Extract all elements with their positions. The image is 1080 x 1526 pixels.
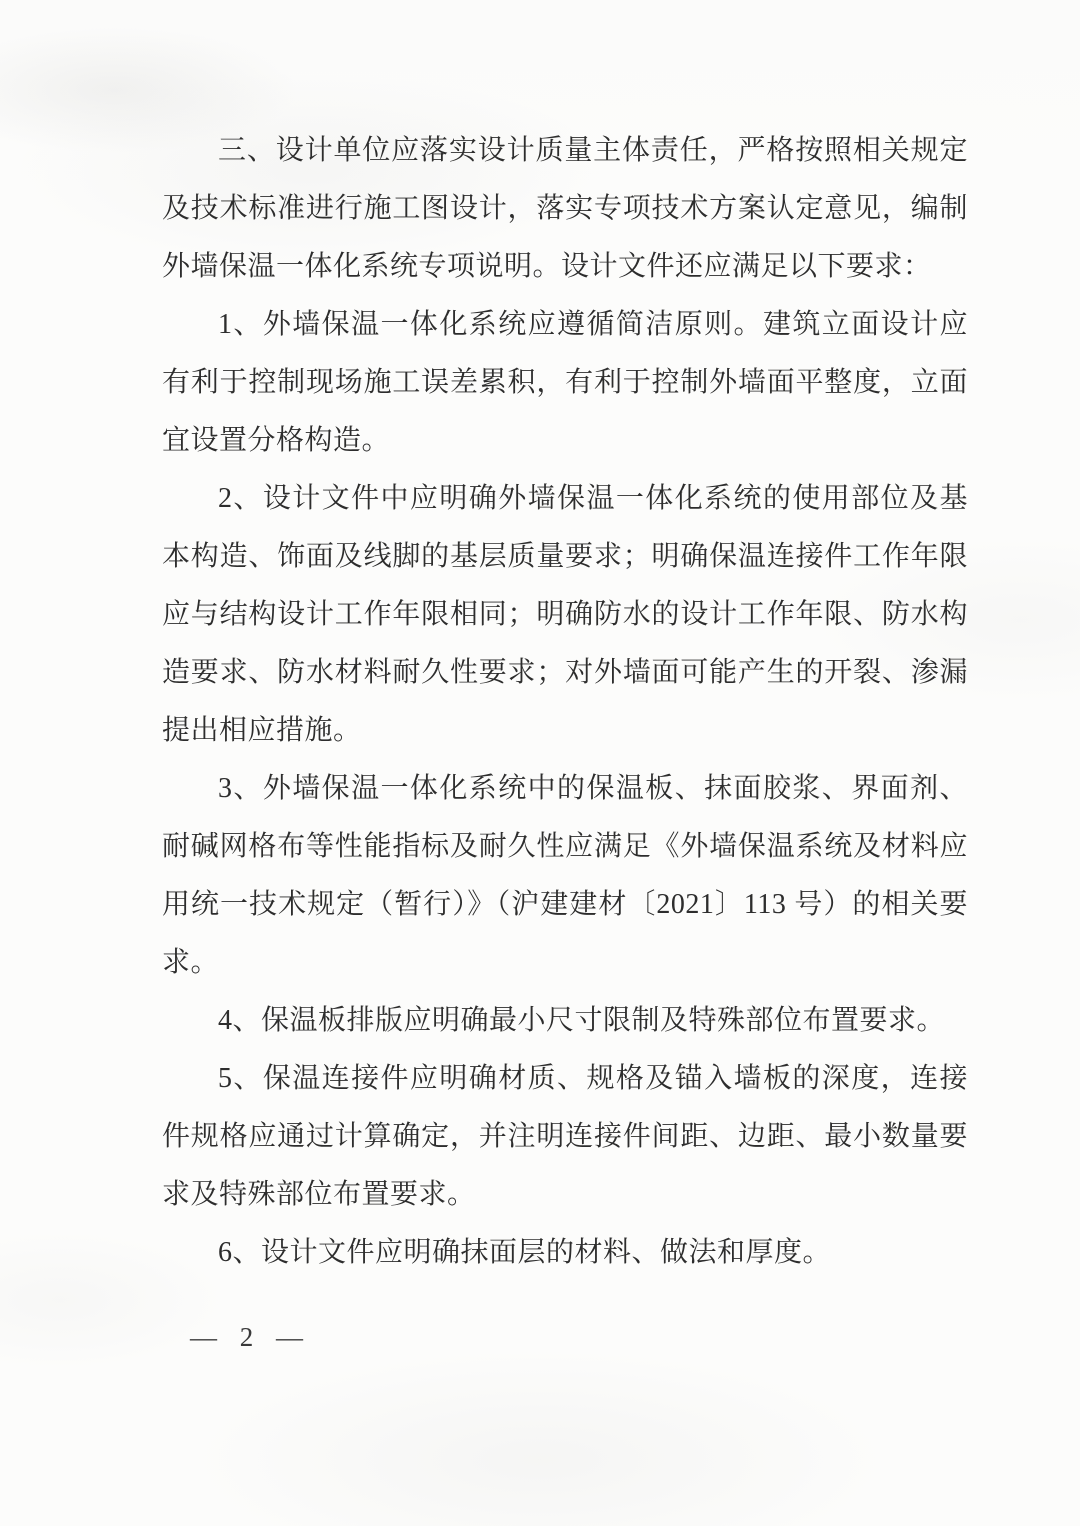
- paragraph-item-2: 2、设计文件中应明确外墙保温一体化系统的使用部位及基本构造、饰面及线脚的基层质量…: [162, 470, 968, 760]
- document-body: 三、设计单位应落实设计质量主体责任，严格按照相关规定及技术标准进行施工图设计，落…: [162, 122, 968, 1282]
- paragraph-item-4: 4、保温板排版应明确最小尺寸限制及特殊部位布置要求。: [162, 992, 968, 1050]
- paragraph-item-5: 5、保温连接件应明确材质、规格及锚入墙板的深度，连接件规格应通过计算确定，并注明…: [162, 1050, 968, 1224]
- paragraph-item-6: 6、设计文件应明确抹面层的材料、做法和厚度。: [162, 1224, 968, 1282]
- paragraph-item-3: 3、外墙保温一体化系统中的保温板、抹面胶浆、界面剂、耐碱网格布等性能指标及耐久性…: [162, 760, 968, 992]
- document-page: 三、设计单位应落实设计质量主体责任，严格按照相关规定及技术标准进行施工图设计，落…: [0, 0, 1080, 1526]
- paragraph-item-1: 1、外墙保温一体化系统应遵循简洁原则。建筑立面设计应有利于控制现场施工误差累积，…: [162, 296, 968, 470]
- paragraph-section-3-intro: 三、设计单位应落实设计质量主体责任，严格按照相关规定及技术标准进行施工图设计，落…: [162, 122, 968, 296]
- page-number: — 2 —: [190, 1322, 311, 1353]
